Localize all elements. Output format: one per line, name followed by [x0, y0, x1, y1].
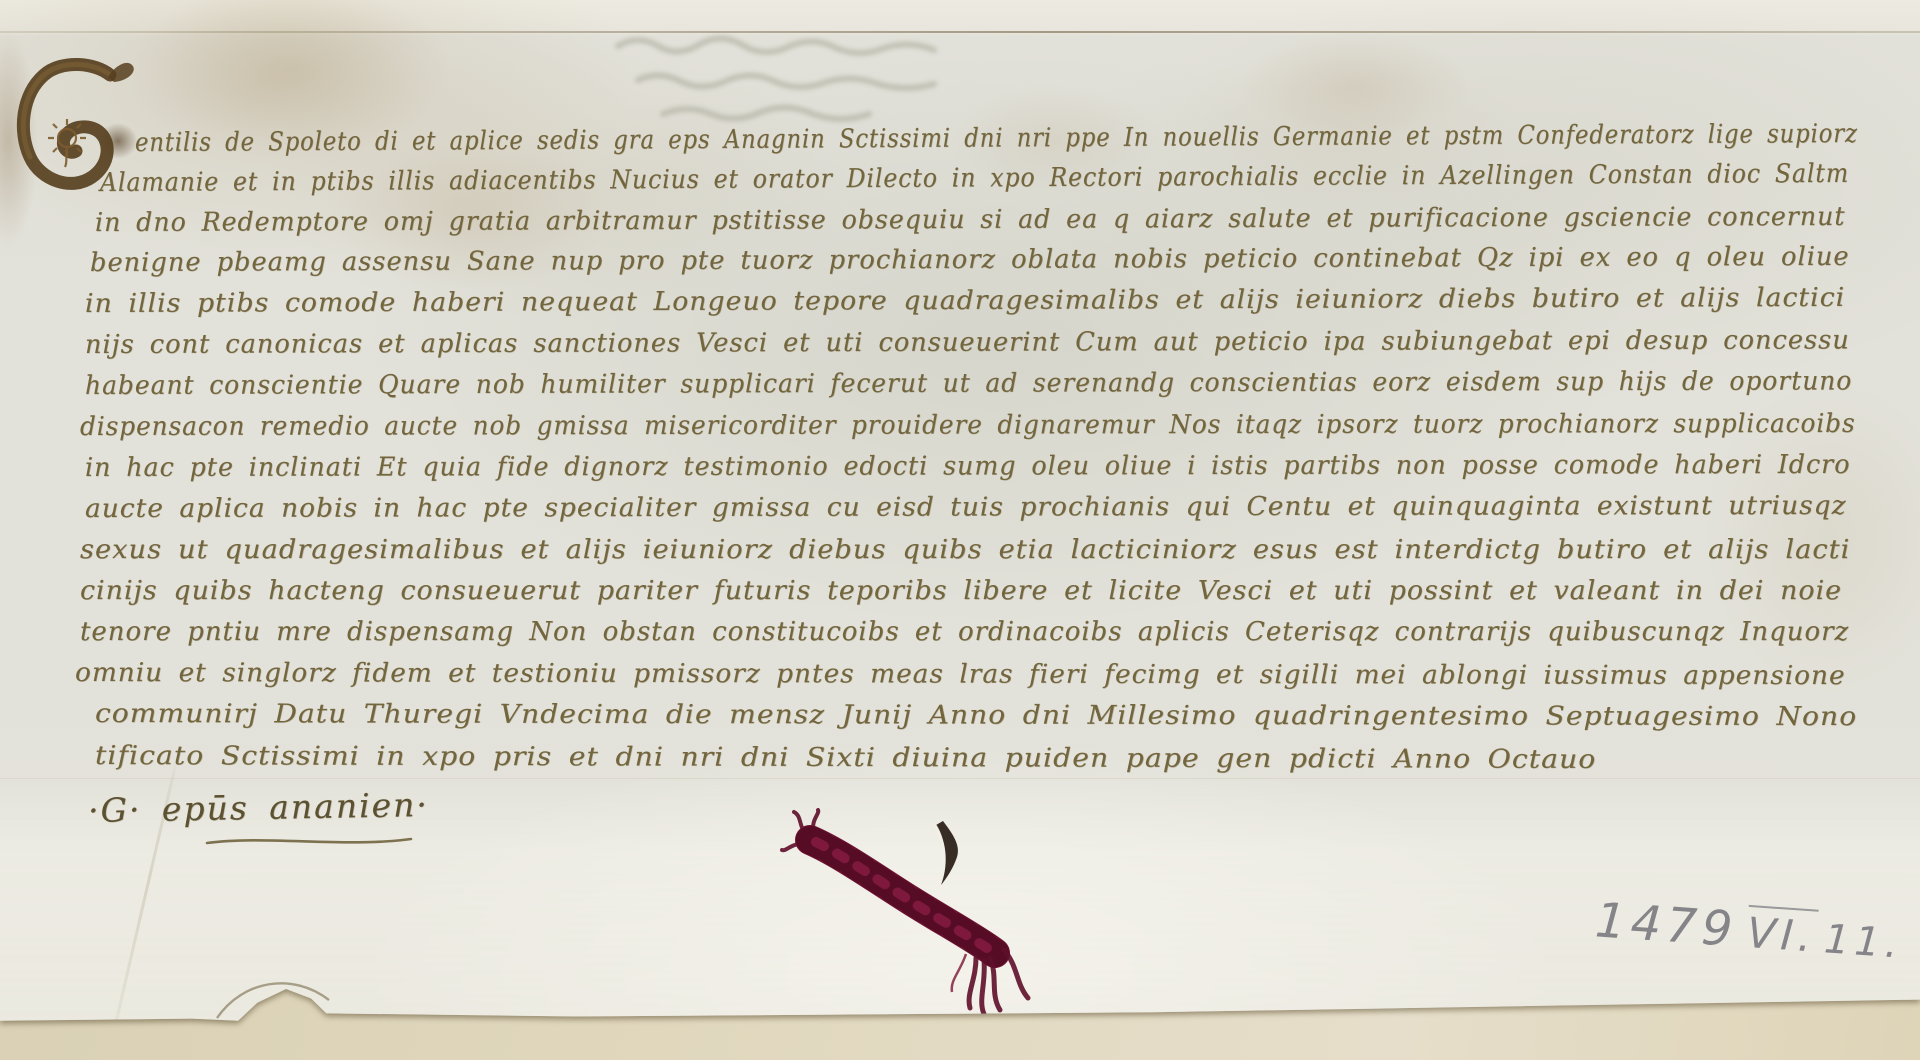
edge-curl — [215, 972, 345, 1027]
manuscript-line: benigne pbeamg assensu Sane nup pro pte … — [90, 242, 1850, 278]
manuscript-line: in dno Redemptore omj gratia arbitramur … — [95, 202, 1846, 238]
manuscript-line: dispensacon remedio aucte nob gmissa mis… — [80, 409, 1856, 442]
seal-thread — [780, 808, 1060, 1038]
photo-backdrop: entilis de Spoleto di et aplice sedis gr… — [0, 0, 1920, 1060]
manuscript-line: sexus ut quadragesimalibus et alijs ieiu… — [80, 535, 1850, 565]
manuscript-line: habeant conscientie Quare nob humiliter … — [85, 366, 1852, 401]
manuscript-line: communirj Datu Thuregi Vndecima die mens… — [95, 699, 1857, 732]
manuscript-line: omniu et singlorz fidem et testioniu pmi… — [75, 658, 1846, 691]
signature-flourish — [205, 833, 415, 849]
manuscript-line: entilis de Spoleto di et aplice sedis gr… — [135, 119, 1858, 158]
manuscript-line: Alamanie et in ptibs illis adiacentibs N… — [100, 159, 1849, 198]
manuscript-line: nijs cont canonicas et aplicas sanctione… — [85, 325, 1850, 360]
manuscript-line: tificato Sctissimi in xpo pris et dni nr… — [95, 741, 1596, 775]
manuscript-line: aucte aplica nobis in hac pte specialite… — [85, 491, 1847, 524]
manuscript-line: tenore pntiu mre dispensamg Non obstan c… — [80, 617, 1849, 647]
signature-line: ·G· epūs ananien· — [88, 785, 429, 830]
parchment-wrap: entilis de Spoleto di et aplice sedis gr… — [0, 0, 1920, 1060]
parchment: entilis de Spoleto di et aplice sedis gr… — [0, 0, 1920, 1060]
pencil-year: 1479 — [1593, 892, 1739, 958]
seal-slit — [925, 815, 985, 895]
manuscript-line: in hac pte inclinati Et quia fide dignor… — [85, 450, 1850, 483]
pencil-day: 11. — [1823, 916, 1905, 967]
manuscript-line: in illis ptibs comode haberi nequeat Lon… — [85, 283, 1845, 319]
manuscript-line: cinijs quibs hacteng consueuerut pariter… — [80, 576, 1842, 606]
pencil-month-roman: VI. — [1745, 905, 1818, 962]
